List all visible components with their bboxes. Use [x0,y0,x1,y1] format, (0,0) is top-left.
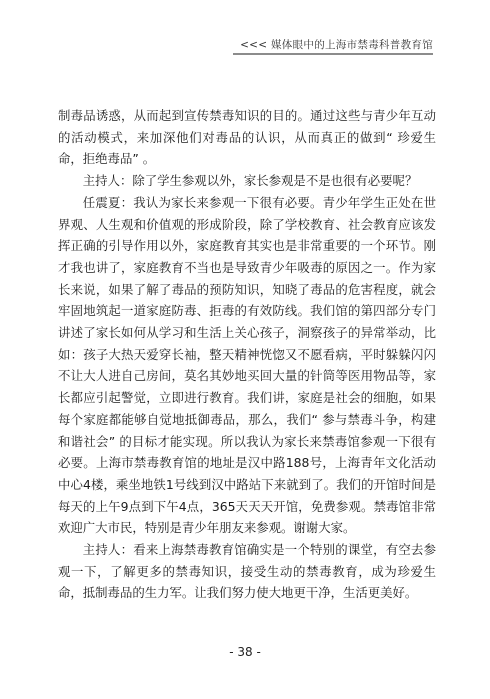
paragraph: 主持人：看来上海禁毒教育馆确实是一个特别的课堂，有空去参观一下，了解更多的禁毒知… [58,539,436,604]
paragraph: 主持人：除了学生参观以外，家长参观是不是也很有必要呢？ [58,170,436,192]
paragraph: 任震夏：我认为家长来参观一下很有必要。青少年学生正处在世界观、人生观和价值观的形… [58,192,436,539]
paragraph: 制毒品诱惑，从而起到宣传禁毒知识的目的。通过这些与青少年互动的活动模式，来加深他… [58,105,436,170]
running-header: <<< 媒体眼中的上海市禁毒科普教育馆 [233,37,433,55]
body-text: 制毒品诱惑，从而起到宣传禁毒知识的目的。通过这些与青少年互动的活动模式，来加深他… [58,105,436,604]
running-title: <<< 媒体眼中的上海市禁毒科普教育馆 [240,37,433,52]
page-number: - 38 - [0,645,490,659]
header-rule [233,53,433,55]
